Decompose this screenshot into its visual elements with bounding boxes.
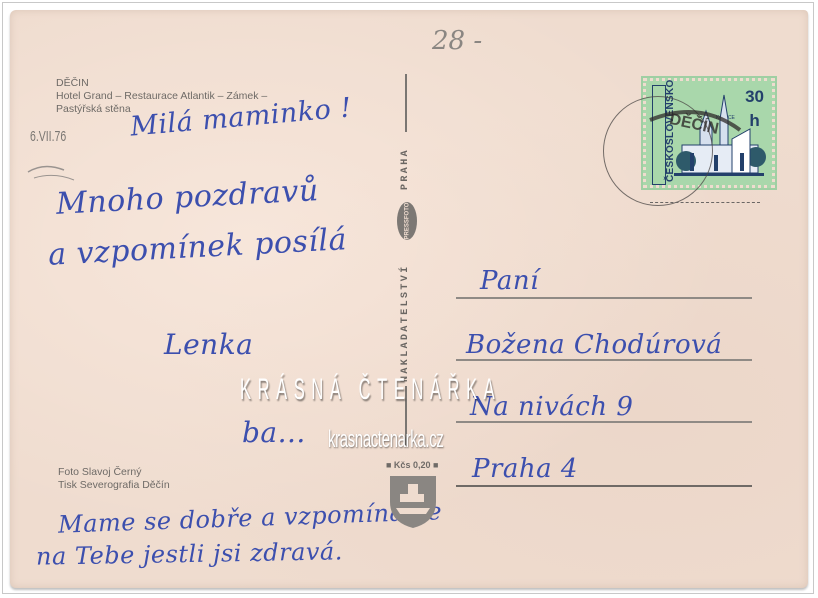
postcard: DĚČIN Hotel Grand – Restaurace Atlantik … [10,10,808,588]
watermark-url: krasnactenarka.cz [328,426,443,454]
pressfoto-logo: PRESSFOTO [397,202,417,240]
divider-top [405,74,407,132]
message-line3: ba... [242,416,306,449]
address-line-1: Paní [480,266,539,296]
caption-city: DĚČIN [56,77,267,90]
date-stamp: 6.VII.76 [30,128,66,145]
tax-stamp-value: ■ Kčs 0,20 ■ [386,460,438,470]
postmark-cancel-icon: DĚČÍN [640,100,750,160]
watermark-title: KRÁSNÁ ČTENÁŘKA [240,373,501,407]
address-rule-3 [456,421,752,423]
postmark-bar [650,202,760,203]
message-signature: Lenka [164,328,253,361]
caption-line1: Hotel Grand – Restaurace Atlantik – Záme… [56,90,267,103]
address-rule-1 [456,297,752,299]
publisher-name: NAKLADATELSTVÍ [400,264,411,382]
credits-photo: Foto Slavoj Černý [58,466,170,479]
pressfoto-text: PRESSFOTO [404,203,410,240]
address-line-4: Praha 4 [472,454,578,484]
message-line1: Mnoho pozdravů [55,173,319,222]
message-postscript2: na Tebe jestli jsi zdravá. [36,537,343,570]
message-line2: a vzpomínek posílá [47,222,347,273]
publisher-city: PRAHA [400,148,411,190]
address-line-2: Božena Chodúrová [466,330,722,360]
credits-print: Tisk Severografia Děčín [58,479,170,492]
address-rule-4 [456,485,752,487]
credits: Foto Slavoj Černý Tisk Severografia Děčí… [58,466,170,492]
castle-shield-icon [382,472,444,530]
pencil-note: 28 - [432,26,482,56]
tax-stamp: ■ Kčs 0,20 ■ [376,460,448,530]
address-rule-2 [456,359,752,361]
